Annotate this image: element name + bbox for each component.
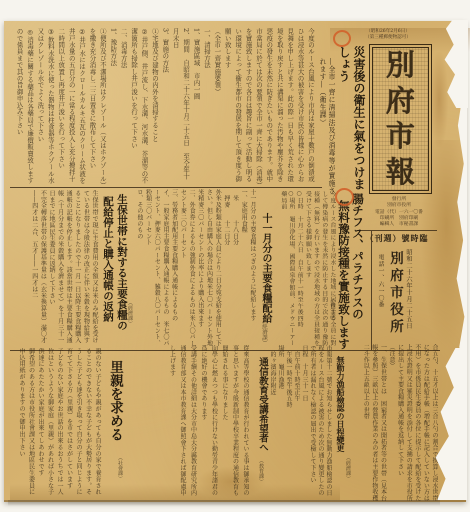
vertical-divider <box>371 231 372 350</box>
postal-permit-class: （第三種郵便物認可） <box>360 35 416 41</box>
fishing-body: 市報第十二號でお知らせしました無動力漁船檢認の日程をルース台風による被害のため次… <box>268 345 332 499</box>
education-byline: （教育課） <box>258 458 265 492</box>
masthead-box: 別 府 市 報 <box>369 44 432 194</box>
issue-date: 昭和二十六年十月二十五日 <box>404 249 413 347</box>
vaccination-headline-right: 腸チフス、パラチフスの <box>352 193 366 333</box>
hygiene-subheadline: ―全市一齊に清掃法及び消毒等が實施されます―（衛生課） <box>317 58 335 200</box>
publisher-block: 發行所 別府市役所 電話（代）一六一〇番 印刷所 別府印刷 編輯人 市秘書課 <box>361 197 437 228</box>
foster-body: 親のない子どもや親があっても自分の家で養育されることのできない不幸な子どもが大勢… <box>14 348 102 498</box>
masthead-divider <box>357 230 437 231</box>
masthead-title-char: 府 <box>386 87 415 116</box>
hygiene-headline: 災害後の衛生に氣をつけましょう <box>336 46 366 194</box>
vaccination-headline-left: 無料豫防接種を實施致します <box>338 200 352 352</box>
ration-stop-body: 生保世帯で現に主食費用の全額又は米のみ配給を受けている世帯は今般法律の改正に伴い… <box>12 190 98 346</box>
ration-stop-headline-left: 配給停止と購入通帳の返納 <box>102 196 116 328</box>
fishing-headline: 無動力漁船檢認の日程變更 <box>334 356 347 454</box>
postal-permit-note: （昭和26年2月6日） （第三種郵便物認可） <box>360 29 416 41</box>
issue-label: 臨時號（週刊） <box>357 233 437 244</box>
foster-headline: 里親を求める <box>105 360 125 450</box>
vaccination-body: 今度ルース台風により浸水した地域に居住する全員に對して傳染病の發生を未然に防止す… <box>274 191 336 347</box>
office-name: 別府市役所 <box>385 251 405 347</box>
masthead-title: 別 府 市 報 <box>372 47 429 191</box>
education-headline: 通信教育受講希望者へ <box>255 357 269 455</box>
ration-stop-body-continued: 合五勺、十五才以上は三合八勺の割合で換算し浸水世帯になった方は配給手帳（増配手帳… <box>352 344 438 502</box>
ration-headline: 十一月分の主要食糧配給 <box>258 213 273 335</box>
office-phone: 電話一、六一〇番 <box>376 254 385 346</box>
education-body: 從來高等學校の通信教育が行われている事は御承知の事と思いますが今般新制中學校卒業… <box>150 345 250 501</box>
section-divider <box>10 187 322 188</box>
masthead-title-char: 報 <box>386 158 415 187</box>
ration-byline: （經濟課） <box>260 318 268 352</box>
masthead-title-char: 別 <box>386 51 415 80</box>
foster-byline: （社會課） <box>117 455 124 489</box>
masthead-title-char: 市 <box>386 122 415 151</box>
ration-stop-byline: （經濟課） <box>127 300 134 336</box>
newspaper-scan: （昭和26年2月6日） （第三種郵便物認可） 別 府 市 報 發行所 別府市役所… <box>0 0 470 512</box>
ration-body: 十一月分の主要食糧はつぎのように配給します 一、家庭用食糧 米 十八日分 押麥 … <box>134 189 256 347</box>
hygiene-body: 今度のルース台風により市内は家屋十數戸の倒潰或ひは浸水等甚大の被害を受け市民の皆… <box>10 28 316 186</box>
publisher-line: 編輯人 市秘書課 <box>361 222 437 228</box>
fishing-byline: （經濟課） <box>345 455 352 489</box>
